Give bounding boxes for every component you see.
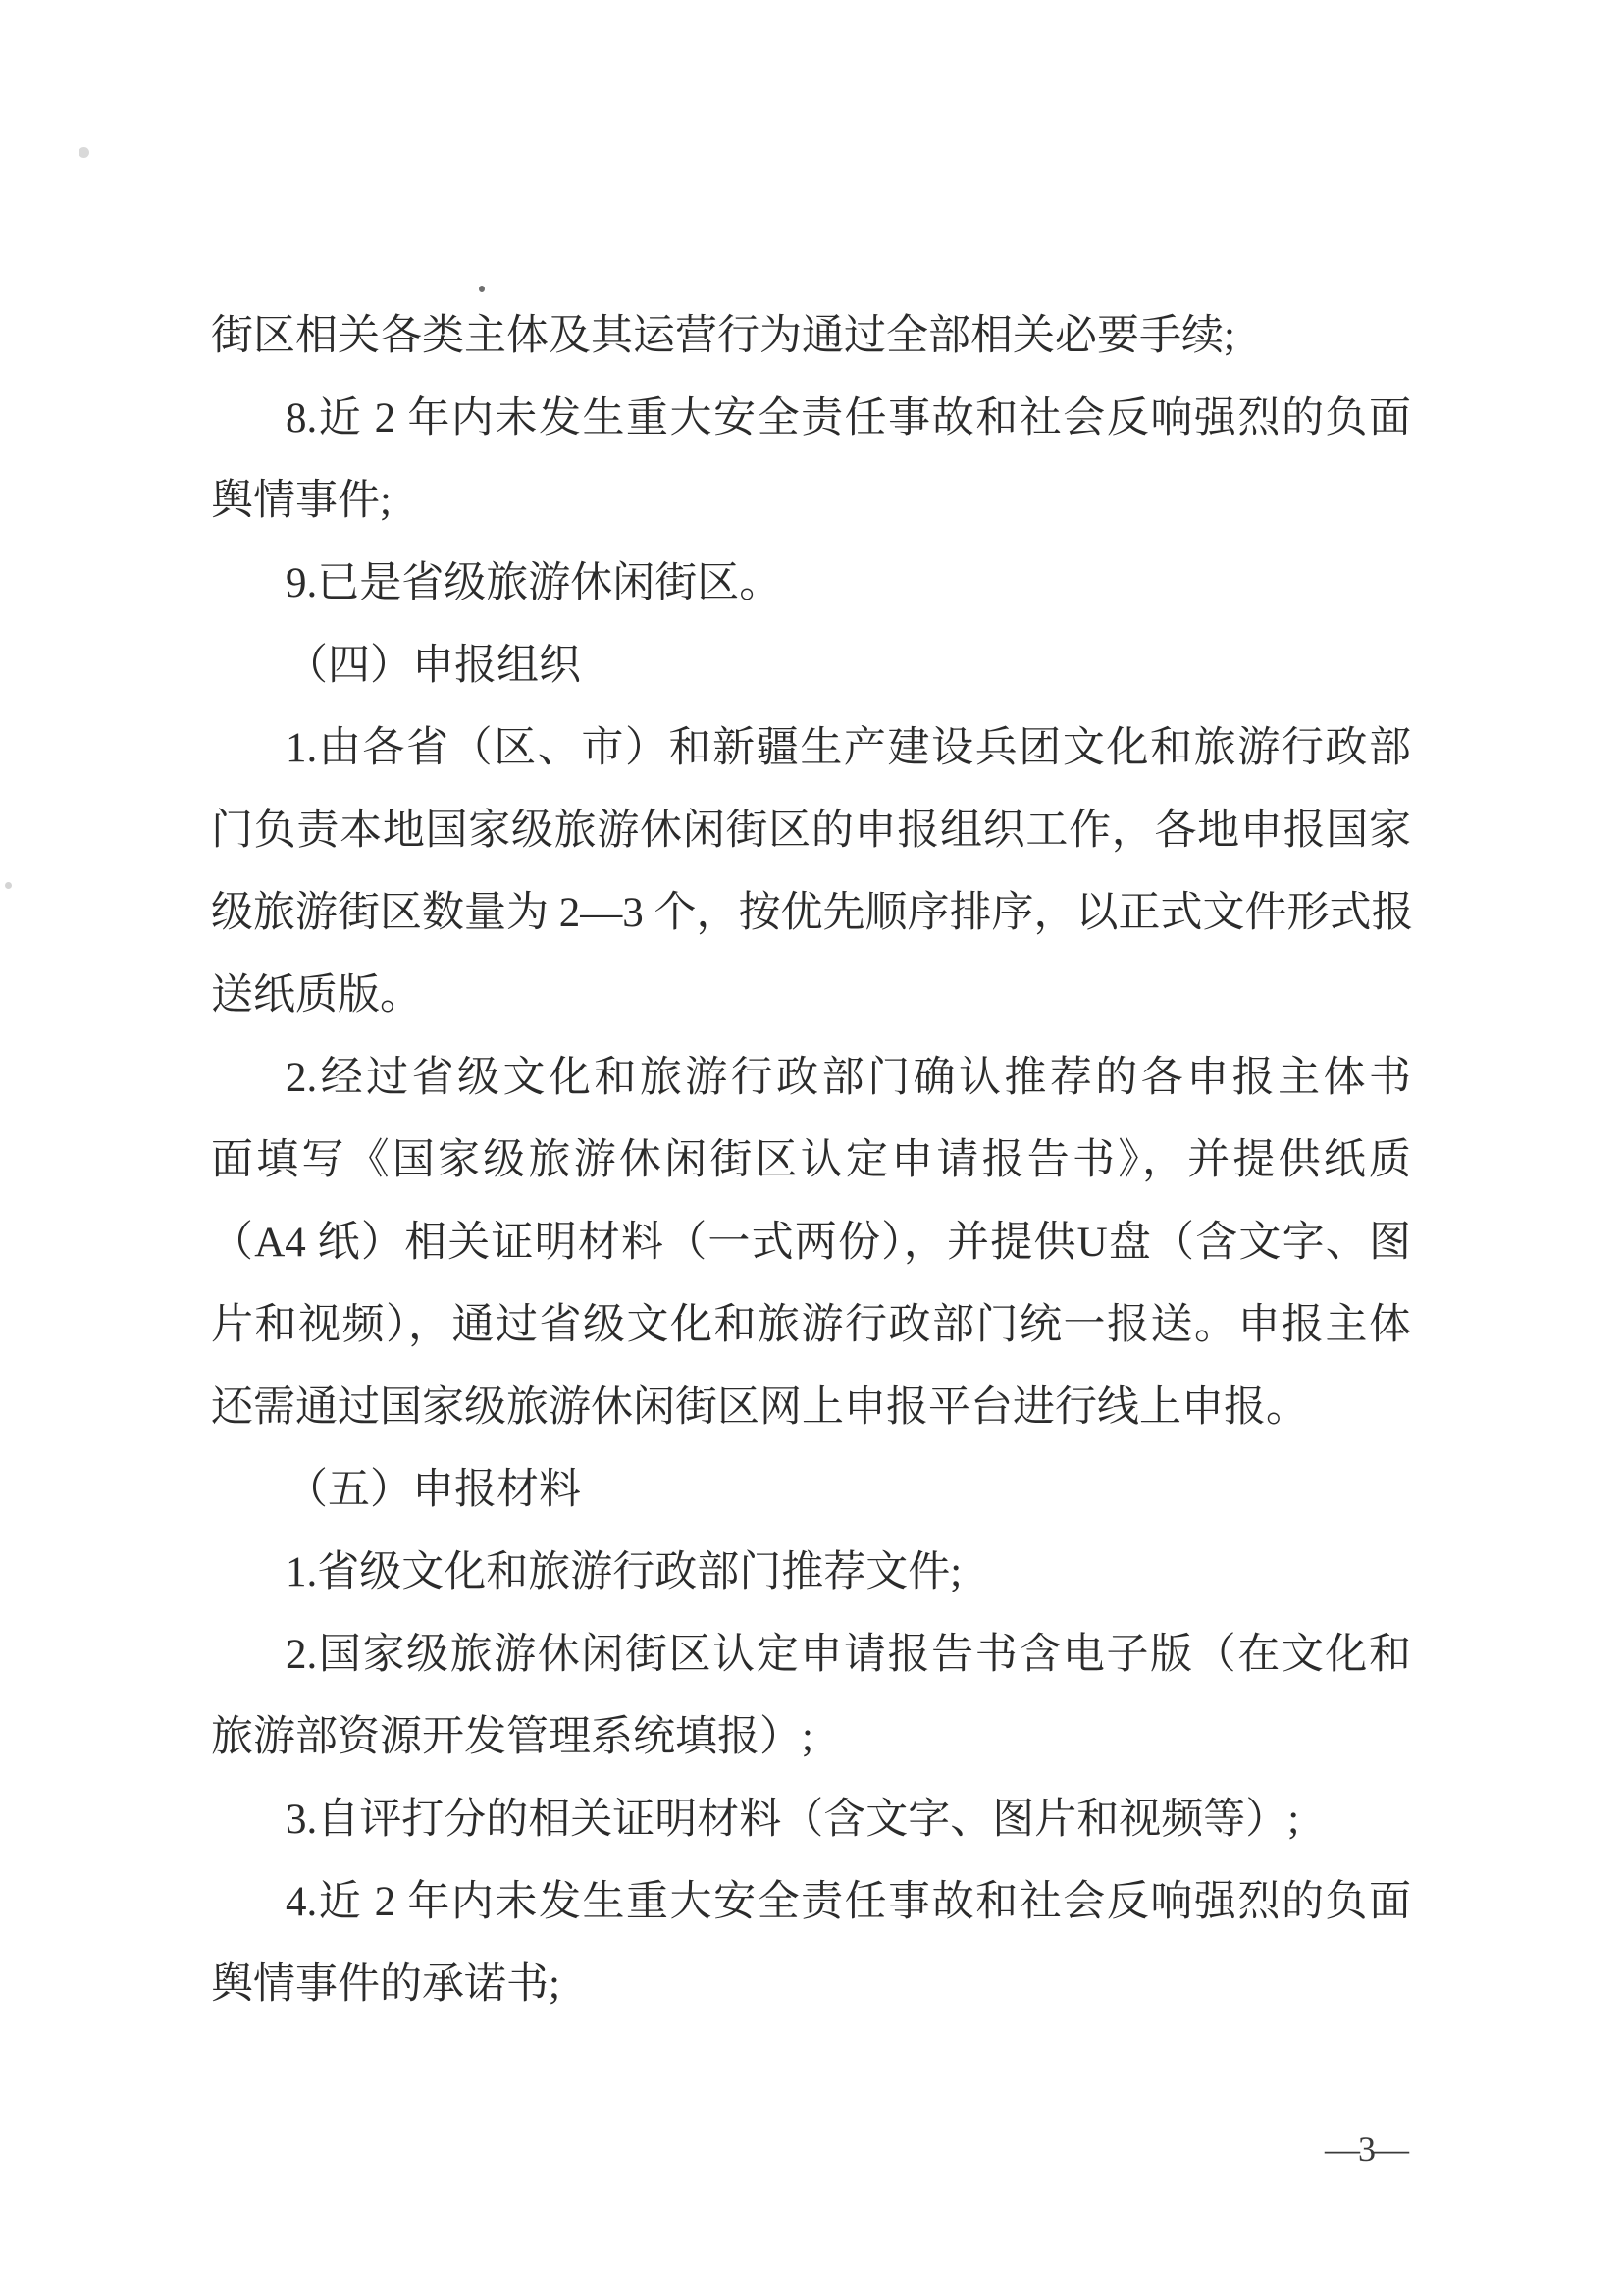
- document-text-line: 街区相关各类主体及其运营行为通过全部相关必要手续;: [211, 295, 1411, 378]
- document-text-line: 8.近 2 年内未发生重大安全责任事故和社会反响强烈的负面: [211, 378, 1411, 460]
- document-text-line: （A4 纸）相关证明材料（一式两份），并提供U盘（含文字、图: [211, 1202, 1411, 1284]
- document-text-line: 还需通过国家级旅游休闲街区网上申报平台进行线上申报。: [211, 1367, 1411, 1449]
- document-text-line: 级旅游街区数量为 2—3 个，按优先顺序排序，以正式文件形式报: [211, 872, 1411, 955]
- document-text-line: 片和视频），通过省级文化和旅游行政部门统一报送。申报主体: [211, 1284, 1411, 1367]
- document-text-line: 9.已是省级旅游休闲街区。: [211, 543, 1411, 625]
- document-text-line: 舆情事件的承诺书;: [211, 1944, 1411, 2026]
- document-text-line: 送纸质版。: [211, 955, 1411, 1037]
- document-text-line: 舆情事件;: [211, 460, 1411, 543]
- scan-artifact-dot: [479, 286, 485, 292]
- scan-artifact-speck: [79, 147, 89, 158]
- document-text-line: 1.由各省（区、市）和新疆生产建设兵团文化和旅游行政部: [211, 707, 1411, 790]
- document-text-line: 面填写《国家级旅游休闲街区认定申请报告书》，并提供纸质: [211, 1120, 1411, 1202]
- scan-artifact-speck: [5, 882, 12, 889]
- scanned-document-page: 街区相关各类主体及其运营行为通过全部相关必要手续;8.近 2 年内未发生重大安全…: [0, 0, 1623, 2296]
- document-text-line: （四）申报组织: [211, 625, 1411, 707]
- document-text-line: 1.省级文化和旅游行政部门推荐文件;: [211, 1532, 1411, 1614]
- document-text-line: 门负责本地国家级旅游休闲街区的申报组织工作，各地申报国家: [211, 790, 1411, 872]
- document-text-line: 2.经过省级文化和旅游行政部门确认推荐的各申报主体书: [211, 1037, 1411, 1120]
- document-text-line: 旅游部资源开发管理系统填报）;: [211, 1696, 1411, 1779]
- document-text-line: 3.自评打分的相关证明材料（含文字、图片和视频等）;: [211, 1779, 1411, 1861]
- document-body-text: 街区相关各类主体及其运营行为通过全部相关必要手续;8.近 2 年内未发生重大安全…: [211, 295, 1411, 2026]
- document-text-line: 4.近 2 年内未发生重大安全责任事故和社会反响强烈的负面: [211, 1861, 1411, 1944]
- page-number: —3—: [1325, 2127, 1442, 2170]
- document-text-line: 2.国家级旅游休闲街区认定申请报告书含电子版（在文化和: [211, 1614, 1411, 1696]
- document-text-line: （五）申报材料: [211, 1449, 1411, 1532]
